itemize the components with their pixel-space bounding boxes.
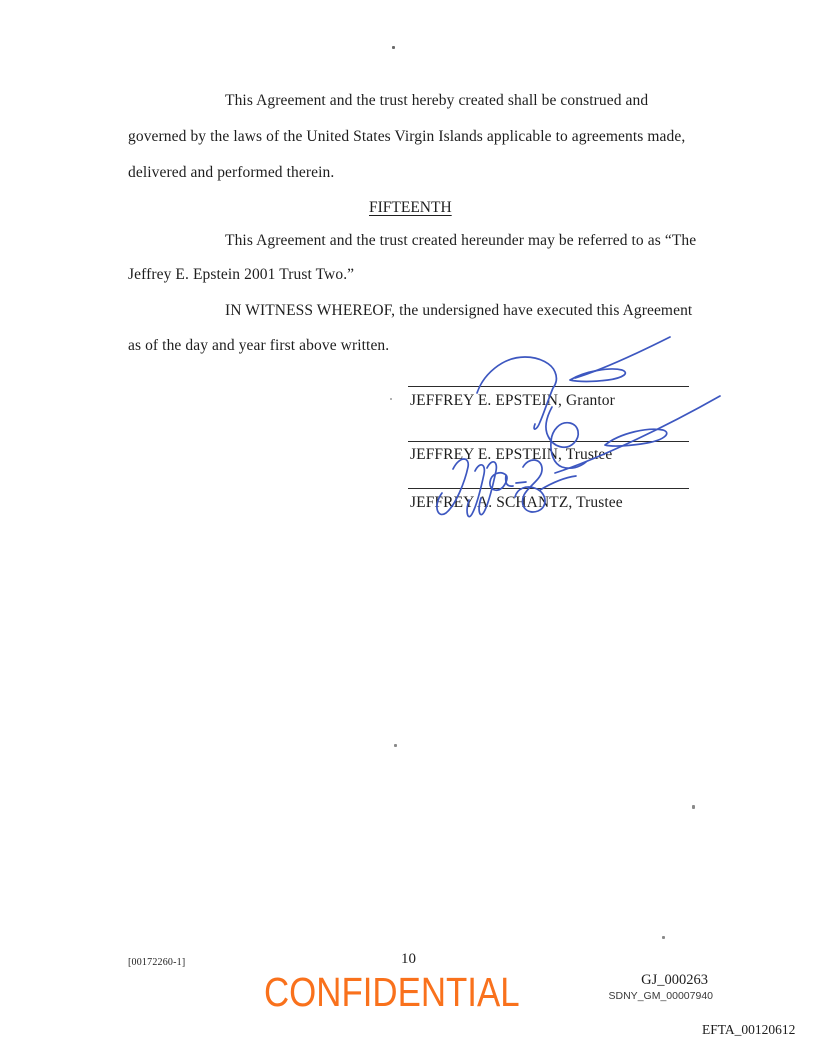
signature-label-trustee-1: JEFFREY E. EPSTEIN, Trustee [410,446,612,464]
paragraph-line: as of the day and year first above writt… [128,336,389,356]
scan-speck [394,744,397,747]
scan-speck [392,46,395,49]
paragraph-line: This Agreement and the trust created her… [225,231,696,251]
signature-ink-epstein-grantor [477,337,670,429]
scan-speck [390,398,392,400]
signature-line-grantor [408,386,689,387]
signature-line-trustee-1 [408,441,689,442]
bates-number-sdny: SDNY_GM_00007940 [609,990,713,1002]
bates-number-efta: EFTA_00120612 [702,1022,795,1038]
document-reference-number: [00172260-1] [128,957,185,968]
paragraph-line: Jeffrey E. Epstein 2001 Trust Two.” [128,265,354,285]
paragraph-line: governed by the laws of the United State… [128,127,685,147]
document-page: This Agreement and the trust hereby crea… [0,0,816,1056]
confidential-stamp: CONFIDENTIAL [264,969,520,1016]
signature-label-trustee-2: JEFFREY A. SCHANTZ, Trustee [410,494,623,512]
paragraph-line: This Agreement and the trust hereby crea… [225,91,648,111]
scan-speck [692,805,695,809]
scan-speck [662,936,665,939]
paragraph-line: delivered and performed therein. [128,163,334,183]
bates-number-gj: GJ_000263 [641,972,708,989]
paragraph-line: IN WITNESS WHEREOF, the undersigned have… [225,301,692,321]
section-heading-fifteenth: FIFTEENTH [369,199,452,217]
signature-label-grantor: JEFFREY E. EPSTEIN, Grantor [410,392,615,410]
signature-line-trustee-2 [408,488,689,489]
page-number: 10 [401,951,416,968]
